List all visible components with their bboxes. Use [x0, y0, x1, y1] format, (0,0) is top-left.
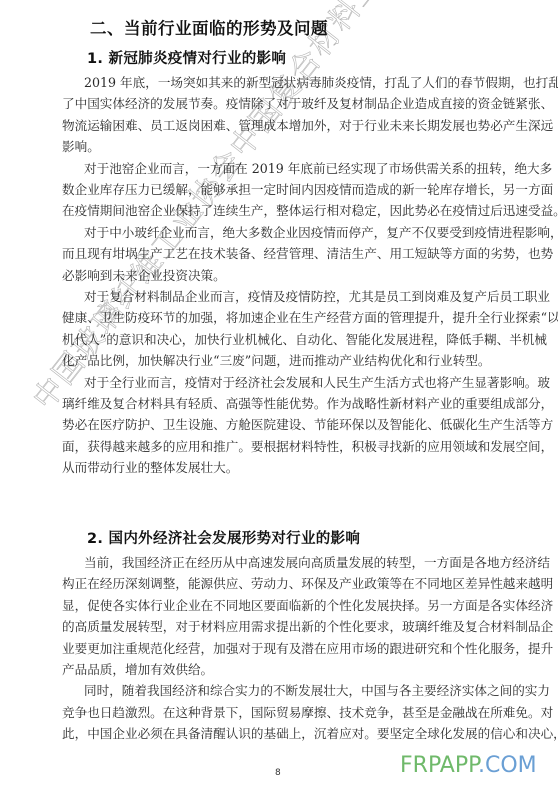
text-line: 璃纤维及复合材料具有轻质、高强等性能优势。作为战略性新材料产业的重要组成部分， [62, 394, 497, 414]
text-line: 当前，我国经济正在经历从中高速发展向高质量发展的转型，一方面是各地方经济结 [84, 553, 497, 573]
text-line: 同时，随着我国经济和综合实力的不断发展壮大，中国与各主要经济实体之间的实力 [84, 681, 497, 701]
page-number: 8 [275, 768, 281, 778]
text-line: 健康、卫生防疫环节的加强，将加速企业在生产经营方面的管理提升，提升全行业探索“以 [62, 308, 497, 328]
text-line: 势必在医疗防护、卫生设施、方舱医院建设、节能环保以及智能化、低碳化生产生活等方 [62, 415, 497, 435]
subsection-title-2: 2. 国内外经济社会发展形势对行业的影响 [87, 527, 360, 548]
text-line: 构正在经历深刻调整，能源供应、劳动力、环保及产业政策等在不同地区差异性越来越明 [62, 574, 497, 594]
text-line: 对于全行业而言，疫情对于经济社会发展和人民生产生活方式也将产生显著影响。玻 [84, 373, 497, 393]
text-line: 了中国实体经济的发展节奏。疫情除了对于玻纤及复材制品企业造成直接的资金链紧张、 [62, 94, 497, 114]
text-line: 数企业库存压力已缓解，能够承担一定时间内因疫情而造成的新一轮库存增长，另一方面 [62, 180, 497, 200]
logo-part-2: .COM [478, 753, 537, 778]
text-line: 机代人”的意识和决心，加快行业机械化、自动化、智能化发展进程，降低手糊、半机械 [62, 330, 497, 350]
text-line: 此，中国企业必须在具备清醒认识的基础上，沉着应对。要坚定全球化发展的信心和决心， [62, 724, 497, 744]
section-title: 二、当前行业面临的形势及问题 [90, 15, 328, 39]
text-line: 必影响到未来企业投资决策。 [62, 266, 497, 286]
text-line: 对于中小玻纤企业而言，绝大多数企业因疫情而停产，复产不仅要受到疫情进程影响， [84, 223, 497, 243]
text-line: 影响。 [62, 137, 497, 157]
text-line: 对于复合材料制品企业而言，疫情及疫情防控，尤其是员工到岗难及复产后员工职业 [84, 287, 497, 307]
logo-part-1: FRPAPP [400, 753, 478, 778]
text-line: 业要更加注重规范化经营，加强对于现有及潜在应用市场的跟进研究和个性化服务，提升 [62, 639, 497, 659]
text-line: 在疫情期间池窑企业保持了连续生产，整体运行相对稳定，因此势必在疫情过后迅速受益。 [62, 201, 497, 221]
subsection-title-1: 1. 新冠肺炎疫情对行业的影响 [87, 47, 286, 68]
text-line: 而且现有坩埚生产工艺在技术装备、经营管理、清洁生产、用工短缺等方面的劣势，也势 [62, 244, 497, 264]
text-line: 显，促使各实体行业企业在不同地区要面临新的个性化发展抉择。另一方面是各实体经济 [62, 596, 497, 616]
text-line: 物流运输困难、员工返岗困难、管理成本增加外，对于行业未来长期发展也势必产生深远 [62, 116, 497, 136]
text-line: 竞争也日趋激烈。在这种背景下，国际贸易摩擦、技术竞争，甚至是金融战在所难免。对 [62, 703, 497, 723]
text-line: 面，获得越来越多的应用和推广。要根据材料特性，积极寻找新的应用领域和发展空间， [62, 437, 497, 457]
text-line: 从而带动行业的整体发展壮大。 [62, 458, 497, 478]
text-line: 2019 年底，一场突如其来的新型冠状病毒肺炎疫情，打乱了人们的春节假期，也打乱 [84, 73, 497, 93]
text-line: 的高质量发展转型，对于材料应用需求提出新的个性化要求，玻璃纤维及复合材料制品企 [62, 617, 497, 637]
text-line: 对于池窑企业而言，一方面在 2019 年底前已经实现了市场供需关系的扭转，绝大多 [84, 159, 497, 179]
site-logo: FRPAPP.COM [400, 753, 537, 778]
text-line: 产品品质，增加有效供给。 [62, 660, 497, 680]
text-line: 化产品比例，加快解决行业“三废”问题，进而推动产业结构优化和行业转型。 [62, 351, 497, 371]
document-page: 二、当前行业面临的形势及问题 1. 新冠肺炎疫情对行业的影响 2019 年底，一… [0, 0, 558, 788]
